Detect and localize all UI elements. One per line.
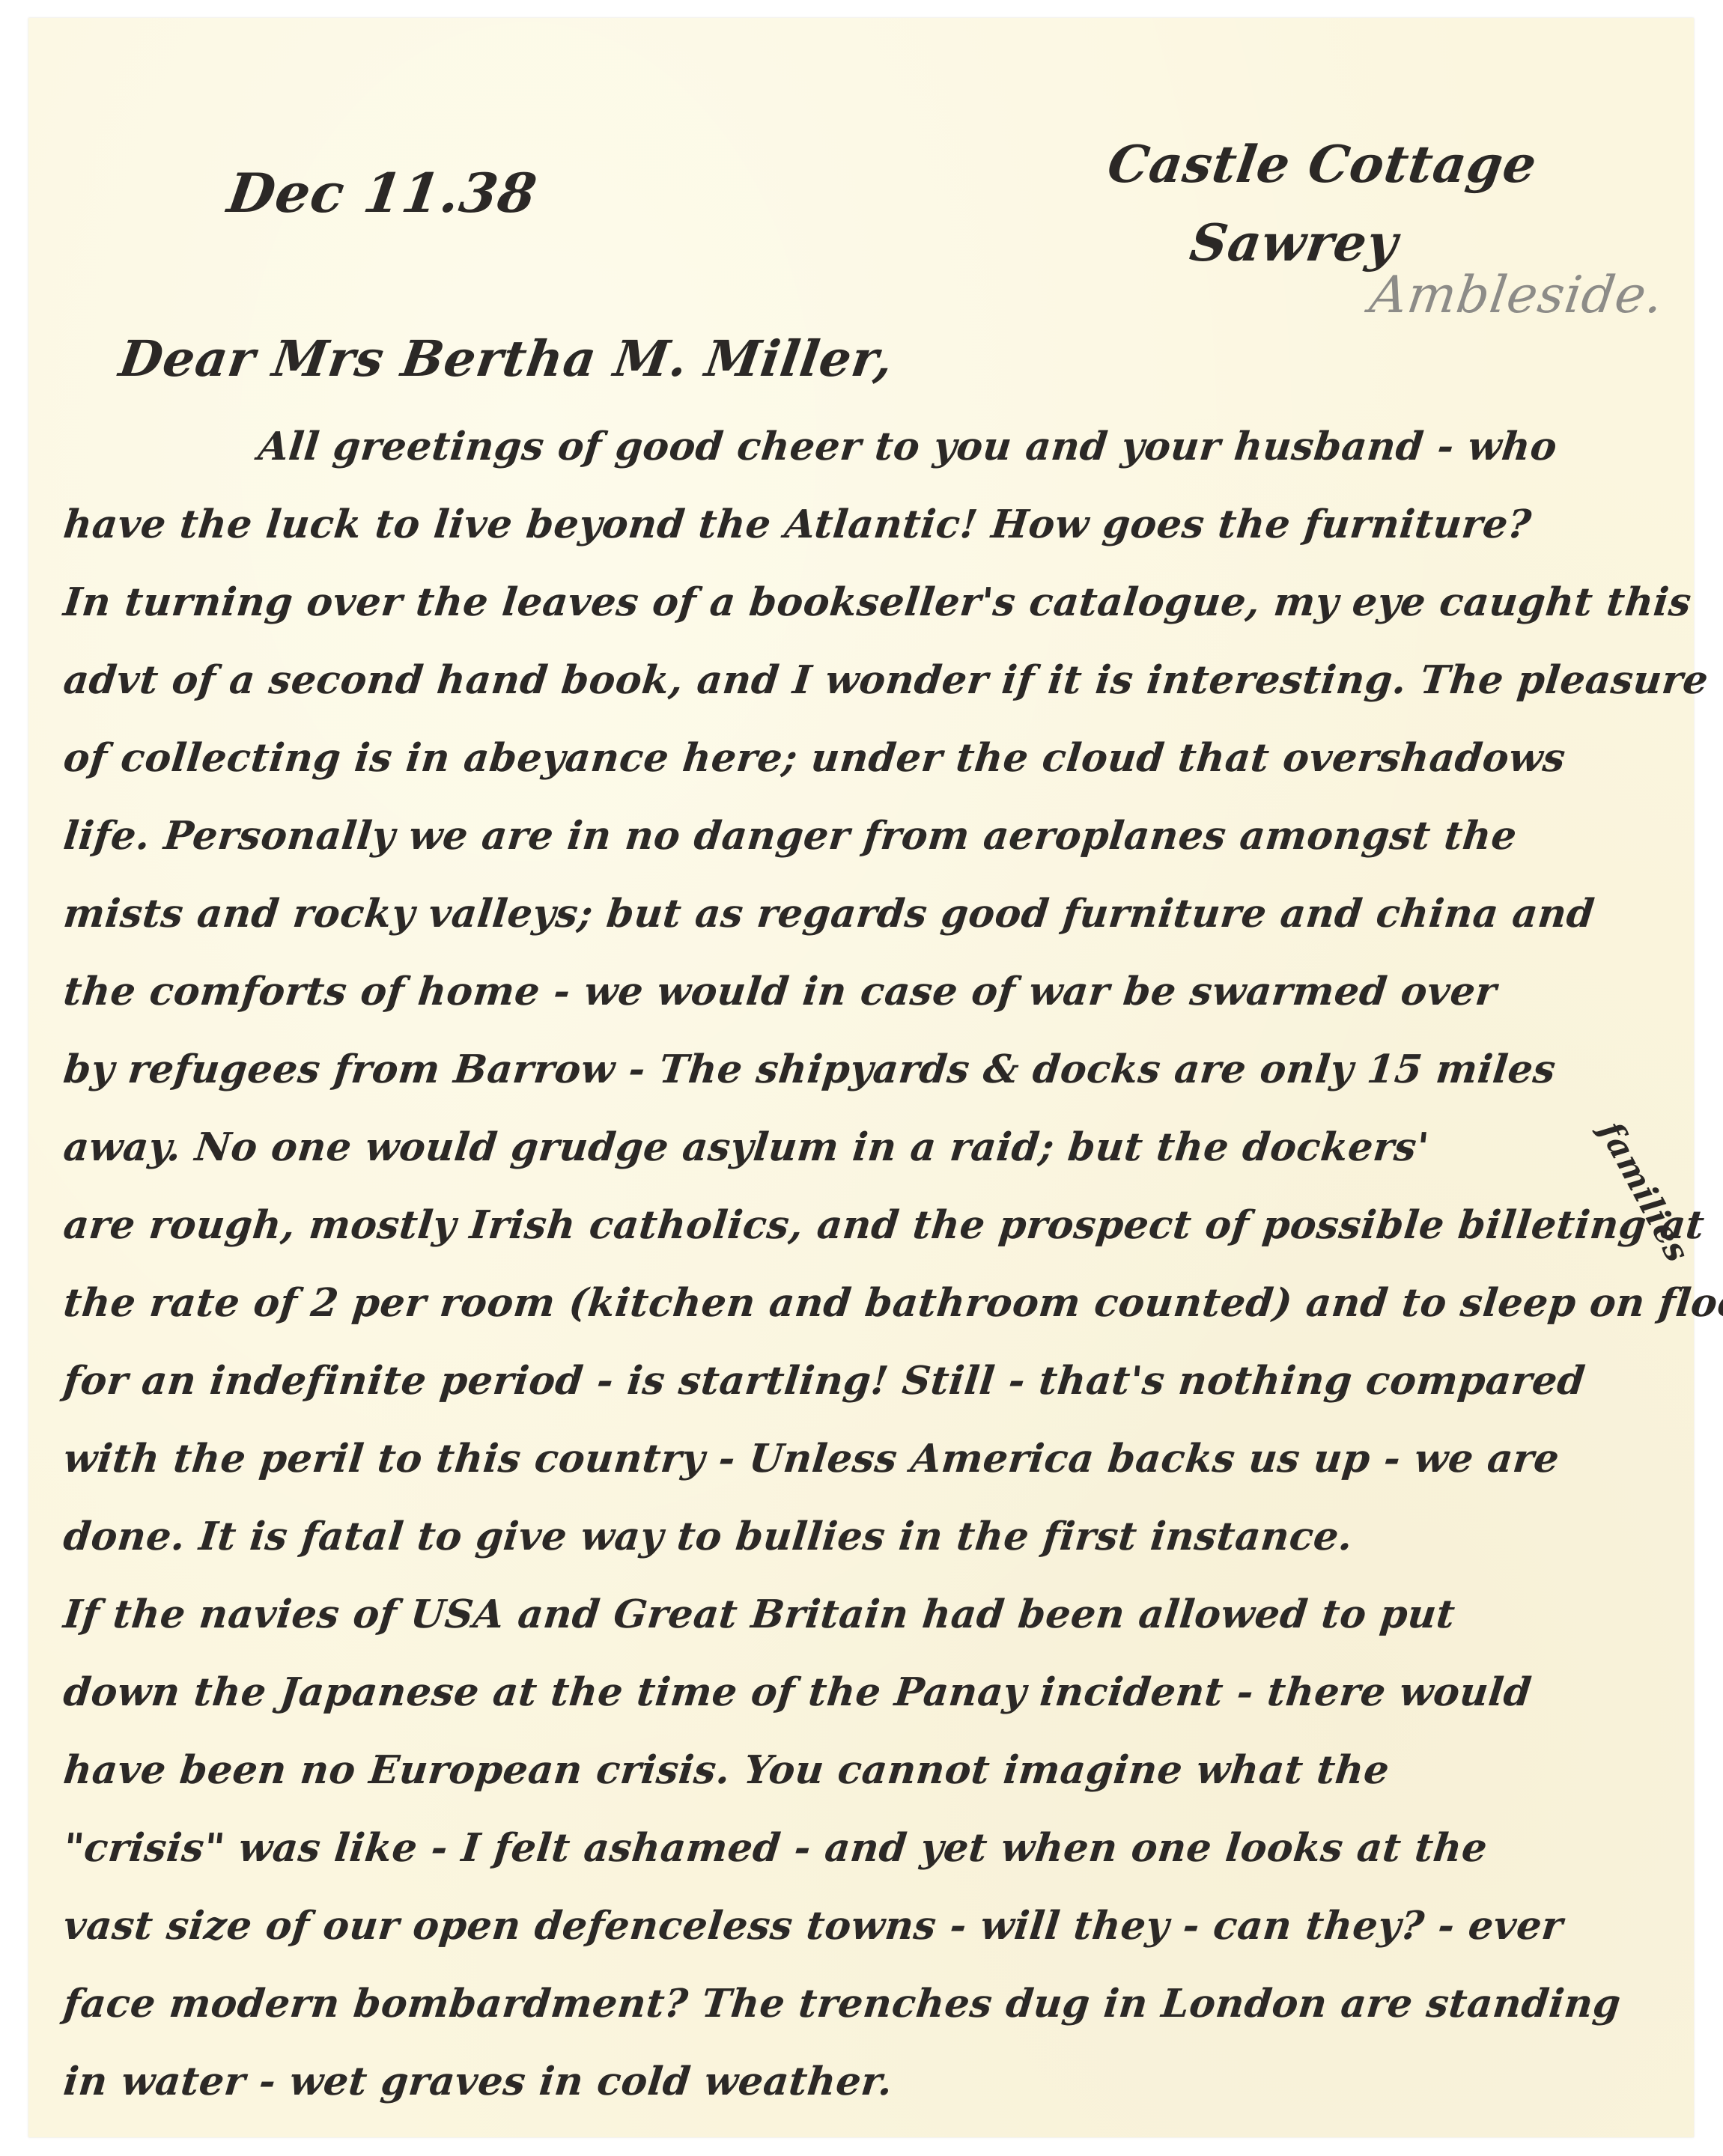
body-line: All greetings of good cheer to you and y… xyxy=(60,408,1656,486)
body-line: away. No one would grudge asylum in a ra… xyxy=(60,1109,1656,1187)
body-line: for an indefinite period - is startling!… xyxy=(60,1342,1656,1420)
body-line: the comforts of home - we would in case … xyxy=(60,953,1656,1031)
body-line: in water - wet graves in cold weather. xyxy=(60,2043,1656,2121)
body-line: In turning over the leaves of a booksell… xyxy=(60,564,1656,642)
body-line: the rate of 2 per room (kitchen and bath… xyxy=(60,1264,1656,1342)
body-line: by refugees from Barrow - The shipyards … xyxy=(60,1031,1656,1109)
address-line-1: Castle Cottage xyxy=(1104,135,1540,195)
letter-date: Dec 11.38 xyxy=(224,161,541,225)
body-line: vast size of our open defenceless towns … xyxy=(60,1887,1656,1965)
body-line: have the luck to live beyond the Atlanti… xyxy=(60,486,1656,564)
body-line: If the navies of USA and Great Britain h… xyxy=(60,1576,1656,1654)
body-line: "crisis" was like - I felt ashamed - and… xyxy=(60,1809,1656,1887)
body-line: face modern bombardment? The trenches du… xyxy=(60,1965,1656,2043)
body-line: down the Japanese at the time of the Pan… xyxy=(60,1654,1656,1732)
body-line: are rough, mostly Irish catholics, and t… xyxy=(60,1187,1656,1264)
address-line-3: Ambleside. xyxy=(1366,266,1667,325)
letter-body: All greetings of good cheer to you and y… xyxy=(64,408,1651,2121)
body-line: life. Personally we are in no danger fro… xyxy=(60,797,1656,875)
body-line: have been no European crisis. You cannot… xyxy=(60,1732,1656,1809)
body-line: done. It is fatal to give way to bullies… xyxy=(60,1498,1656,1576)
address-line-2: Sawrey xyxy=(1186,213,1402,273)
salutation: Dear Mrs Bertha M. Miller, xyxy=(116,329,898,388)
body-line: advt of a second hand book, and I wonder… xyxy=(60,642,1656,719)
body-line: of collecting is in abeyance here; under… xyxy=(60,719,1656,797)
body-line: mists and rocky valleys; but as regards … xyxy=(60,875,1656,953)
body-line: with the peril to this country - Unless … xyxy=(60,1420,1656,1498)
